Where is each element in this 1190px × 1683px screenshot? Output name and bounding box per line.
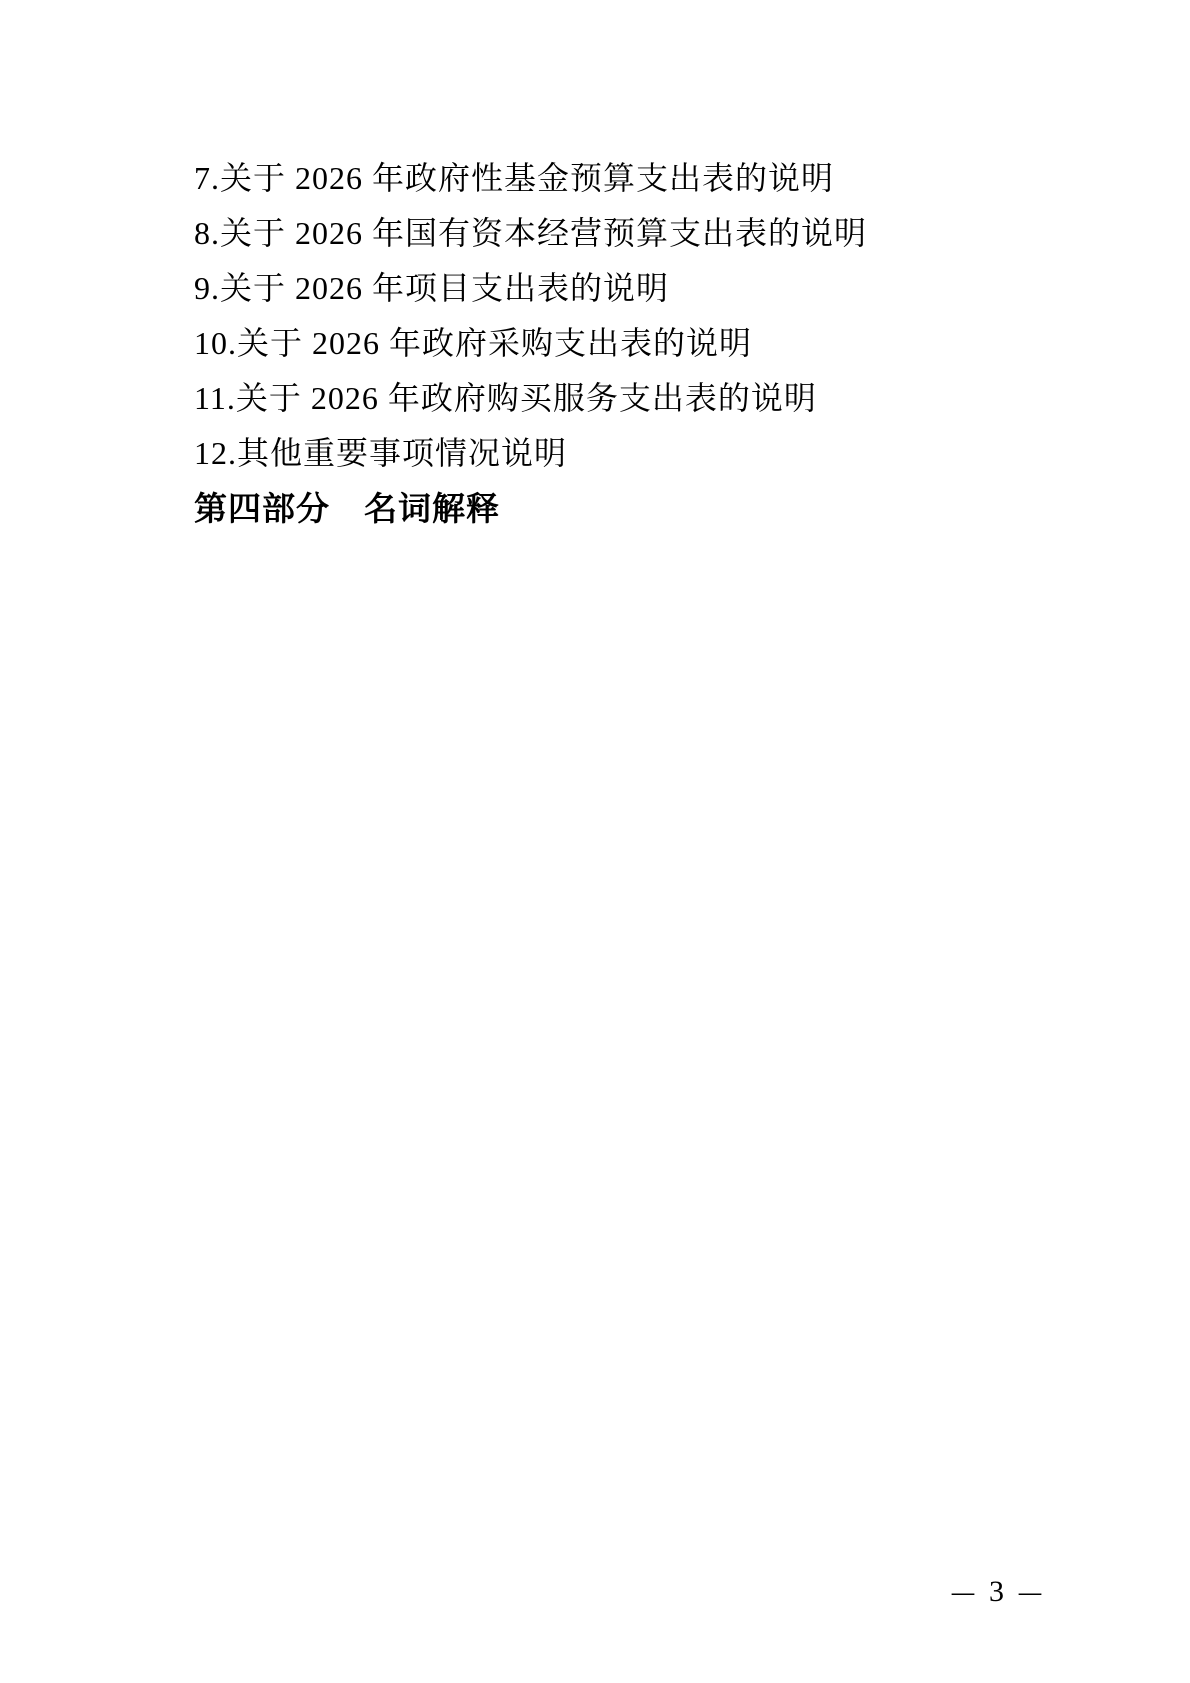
toc-item-10: 10.关于 2026 年政府采购支出表的说明 — [194, 316, 1040, 371]
page-number-left-dash: — — [952, 1574, 975, 1610]
toc-item-8: 8.关于 2026 年国有资本经营预算支出表的说明 — [194, 206, 1040, 261]
document-page: 7.关于 2026 年政府性基金预算支出表的说明 8.关于 2026 年国有资本… — [0, 0, 1190, 1683]
toc-item-9: 9.关于 2026 年项目支出表的说明 — [194, 261, 1040, 316]
toc-item-11: 11.关于 2026 年政府购买服务支出表的说明 — [194, 371, 1040, 426]
toc-item-7: 7.关于 2026 年政府性基金预算支出表的说明 — [194, 151, 1040, 206]
toc-item-12: 12.其他重要事项情况说明 — [194, 426, 1040, 481]
page-number-right-dash: — — [1019, 1574, 1042, 1610]
toc-part4-heading: 第四部分 名词解释 — [194, 481, 1040, 536]
toc-section: 7.关于 2026 年政府性基金预算支出表的说明 8.关于 2026 年国有资本… — [194, 151, 1040, 536]
page-footer: — 3 — — [948, 1574, 1045, 1610]
page-number: 3 — [987, 1574, 1006, 1610]
